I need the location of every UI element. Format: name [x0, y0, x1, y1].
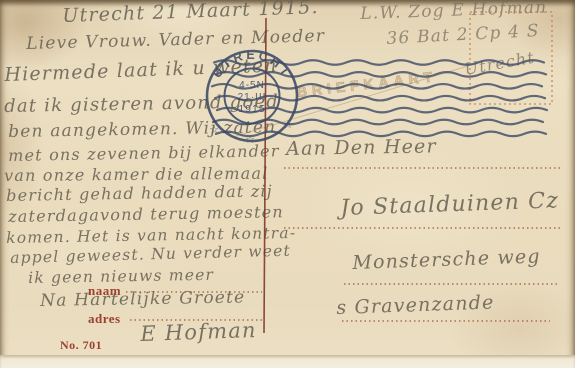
postmark-star-icon: ☆ [245, 134, 255, 146]
postcard-back: BRIEFKAART naam adres No. 701 Utrecht 21… [0, 0, 575, 368]
stamp-box [470, 12, 552, 104]
postcard-print-and-postmark-layer: UTRECHT 4-5N 21·III 1915 ☆ ☆ ☆ [0, 0, 575, 368]
cancellation-wave [217, 108, 547, 113]
postmark-star-icon: ☆ [209, 124, 219, 136]
postmark-date: 21·III [238, 92, 267, 103]
postmark-star-icon: ☆ [283, 119, 293, 131]
divider-line [264, 18, 266, 333]
postmark-time: 4-5N [239, 80, 265, 91]
dotted-lines-group [126, 168, 562, 321]
card-bottom-edge [0, 355, 575, 368]
postmark-year: 1915 [238, 103, 265, 115]
